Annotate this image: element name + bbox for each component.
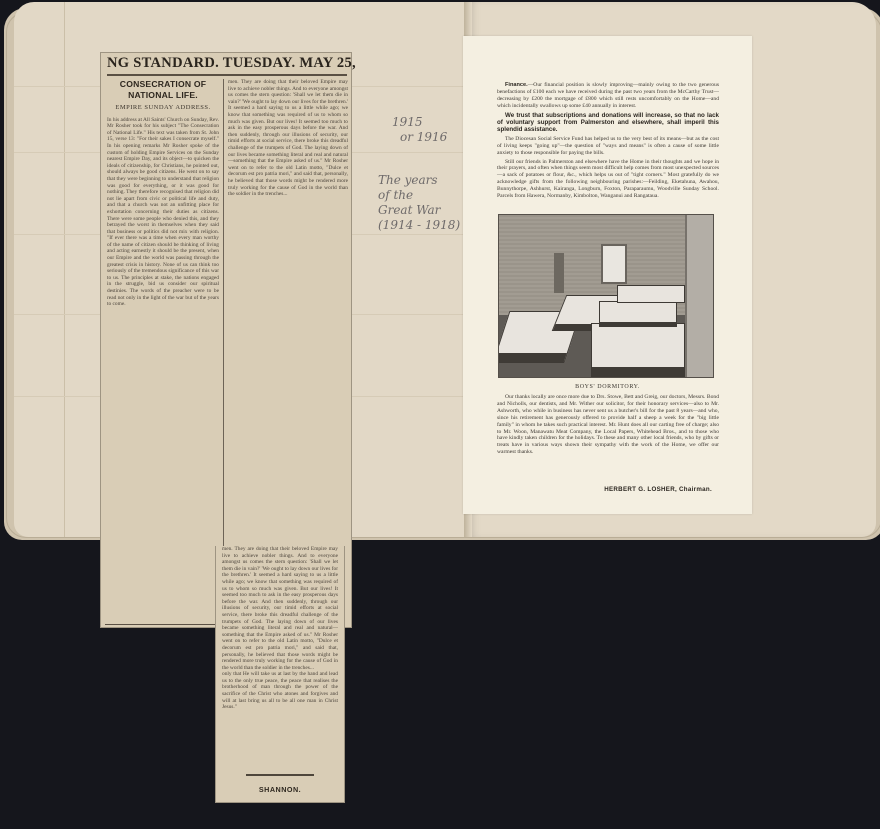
clipping-column-continued: men. They are doing that their beloved E…	[222, 546, 338, 766]
note-line: The years	[378, 173, 468, 188]
clipping-column-left: CONSECRATION OF NATIONAL LIFE. EMPIRE SU…	[107, 79, 219, 624]
scrapbook-photo: 1915 or 1916 The years of the Great War …	[0, 0, 880, 829]
printed-report: Finance.—Our financial position is slowl…	[463, 36, 752, 514]
headline: CONSECRATION OF NATIONAL LIFE.	[107, 79, 219, 101]
diocesan-paragraph: The Diocesan Social Service Fund has hel…	[497, 136, 719, 157]
handwritten-note: 1915 or 1916 The years of the Great War …	[378, 115, 468, 233]
newspaper-clipping: NG STANDARD. TUESDAY. MAY 25, CONSECRATI…	[100, 52, 352, 628]
signoff: SHANNON.	[216, 785, 344, 794]
clipping-column-right: men. They are doing that their beloved E…	[223, 79, 348, 624]
finance-paragraph: Finance.—Our financial position is slowl…	[497, 82, 719, 110]
subheadline: EMPIRE SUNDAY ADDRESS.	[107, 105, 219, 112]
column-text: men. They are doing that their beloved E…	[222, 546, 338, 671]
note-line: (1914 - 1918)	[378, 218, 468, 233]
thanks-text: Our thanks locally are once more due to …	[497, 394, 719, 458]
note-line: or 1916	[400, 130, 468, 145]
appeal-paragraph: We trust that subscriptions and donation…	[497, 112, 719, 134]
report-upper-text: Finance.—Our financial position is slowl…	[497, 82, 719, 202]
column-text: only that He will take us at last by the…	[222, 671, 338, 711]
column-text: men. They are doing that their beloved E…	[228, 79, 348, 198]
dormitory-photo	[498, 214, 714, 378]
column-text: In his address at All Saints' Church on …	[107, 117, 219, 308]
photo-caption: BOYS' DORMITORY.	[463, 384, 752, 390]
masthead: NG STANDARD. TUESDAY. MAY 25,	[107, 55, 347, 76]
note-line: of the	[378, 188, 468, 203]
newspaper-clipping-continued: men. They are doing that their beloved E…	[215, 546, 345, 803]
signature: HERBERT G. LOSHER, Chairman.	[604, 486, 712, 493]
friends-paragraph: Still our friends in Palmerston and else…	[497, 159, 719, 200]
note-line: 1915	[392, 115, 468, 130]
note-line: Great War	[378, 203, 468, 218]
